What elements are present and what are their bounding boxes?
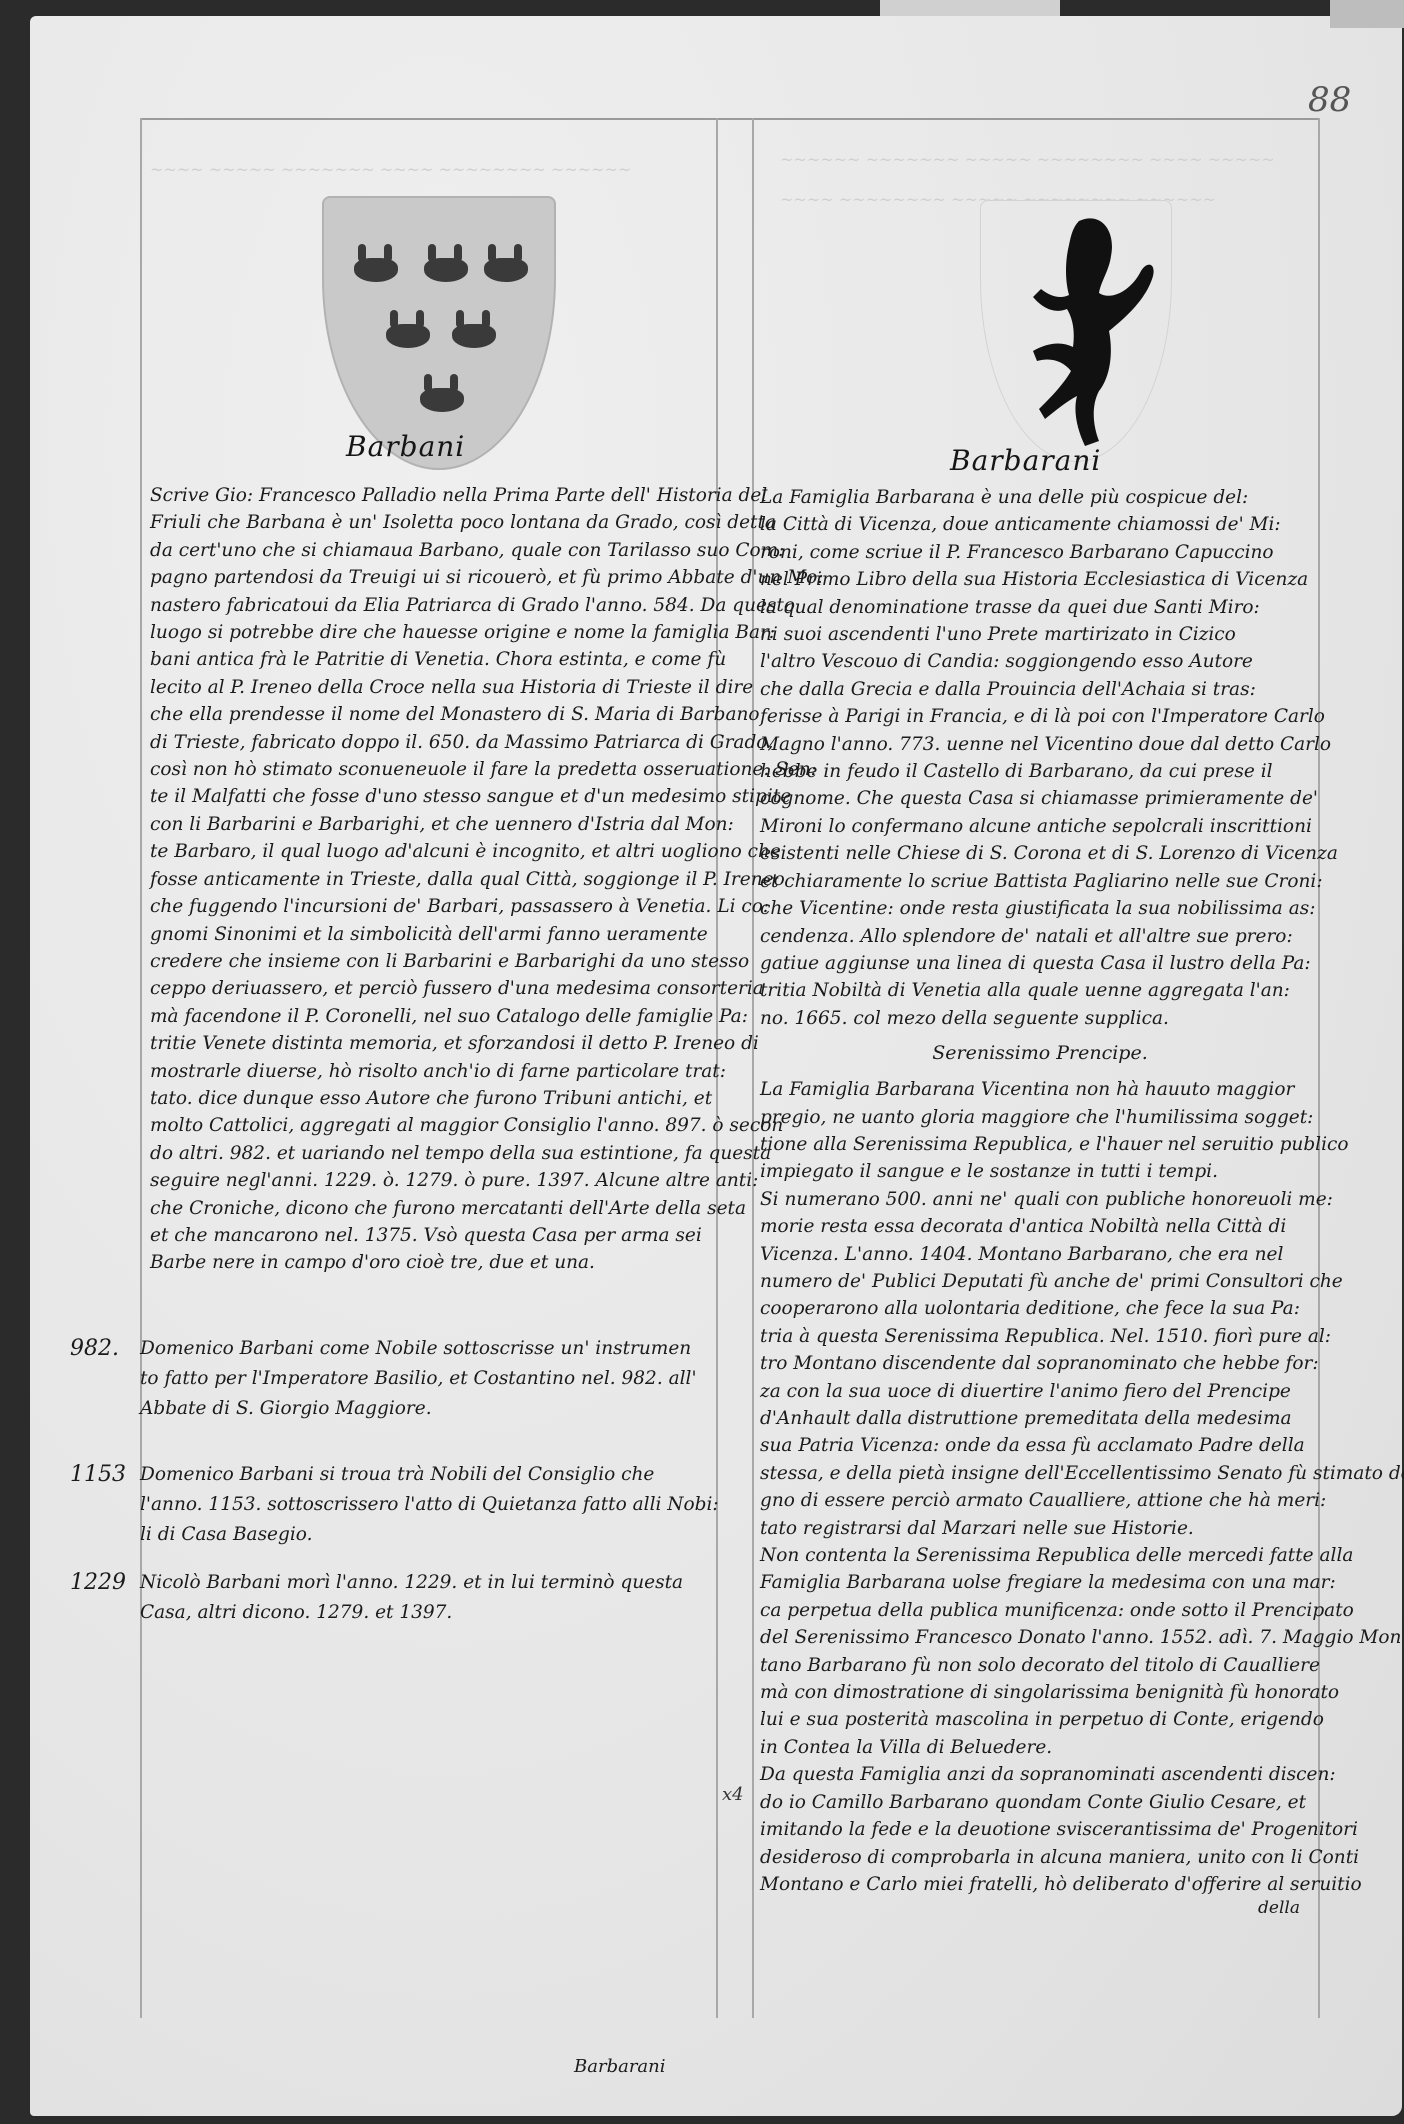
entry-year: 982. (70, 1334, 119, 1364)
margin-note: x4 (722, 1784, 744, 1805)
entry-1229: 1229 Nicolò Barbani morì l'anno. 1229. e… (70, 1568, 710, 1638)
show-through-text: ~~~~~~ ~~~~~~~ ~~~~~ ~~~~~~~~ ~~~~ ~~~~~ (780, 150, 1275, 169)
barbani-history-paragraph: Scrive Gio: Francesco Palladio nella Pri… (150, 482, 710, 1277)
entry-year: 1153 (70, 1460, 126, 1490)
coat-of-arms-lion-icon (980, 200, 1172, 462)
supplica-paragraph: La Famiglia Barbarana Vicentina non hà h… (760, 1076, 1320, 1898)
show-through-text: ~~~~ ~~~~~ ~~~~~~~ ~~~~ ~~~~~~~~ ~~~~~~ (150, 160, 631, 179)
barbarani-history-paragraph: La Famiglia Barbarana è una delle più co… (760, 484, 1320, 1032)
ruled-margin-left (140, 118, 142, 2018)
entry-year: 1229 (70, 1568, 126, 1598)
continuation-word: della (760, 1898, 1320, 1918)
right-column-text: La Famiglia Barbarana è una delle più co… (760, 484, 1320, 1918)
entry-1153: 1153 Domenico Barbani si troua trà Nobil… (70, 1460, 710, 1560)
ruled-column-divider (752, 118, 754, 2018)
folio-number: 88 (1308, 80, 1351, 120)
ruled-line-top (140, 118, 1320, 120)
arms-title-left: Barbani (346, 430, 465, 463)
entry-982: 982. Domenico Barbani come Nobile sottos… (70, 1334, 710, 1434)
supplica-heading: Serenissimo Prencipe. (760, 1042, 1320, 1064)
catchword: Barbarani (574, 2056, 666, 2077)
arms-title-right: Barbarani (950, 444, 1101, 477)
left-column-text: Scrive Gio: Francesco Palladio nella Pri… (150, 482, 710, 1277)
scan-edge-strip (1330, 0, 1404, 28)
rampant-lion-icon (981, 201, 1171, 461)
